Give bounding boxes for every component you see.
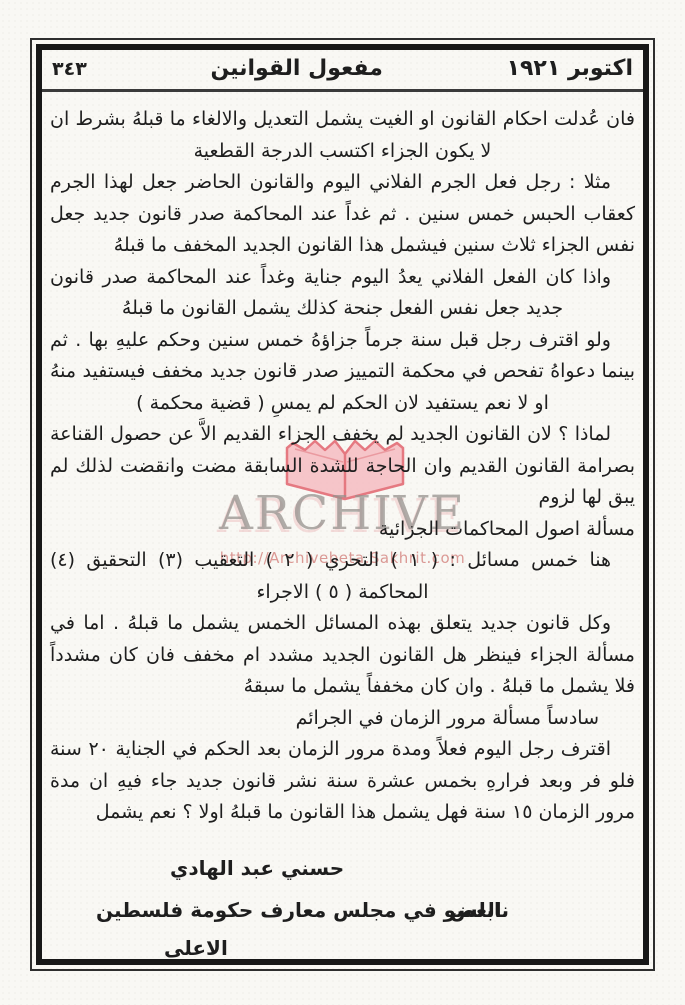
page-title: مفعول القوانين <box>87 56 507 81</box>
paragraph: اقترف رجل اليوم فعلاً ومدة مرور الزمان ب… <box>50 734 635 829</box>
section-heading: مسألة اصول المحاكمات الجزائية <box>50 514 635 546</box>
page-frame: ARCHIVE http://Archivebeta.Sakhrit.com ا… <box>36 44 649 965</box>
paragraph: هنا خمس مسائل : ( ١ ) التحري ( ٢ ) التعق… <box>50 545 635 608</box>
paragraph: ولو اقترف رجل قبل سنة جرماً جزاؤهُ خمس س… <box>50 325 635 420</box>
paragraph: واذا كان الفعل الفلاني يعدُ اليوم جناية … <box>50 262 635 325</box>
paragraph: وكل قانون جديد يتعلق بهذه المسائل الخمس … <box>50 608 635 703</box>
page-header: اكتوبر ١٩٢١ مفعول القوانين ٣٤٣ <box>42 50 643 92</box>
paragraph: لماذا ؟ لان القانون الجديد لم يخفف الجزا… <box>50 419 635 514</box>
author-name: حسني عبد الهادي <box>170 856 344 880</box>
signature-block: حسني عبد الهادي نابلس العضو في مجلس معار… <box>48 856 637 956</box>
section-heading: سادساً مسألة مرور الزمان في الجرائم <box>50 703 635 735</box>
paragraph: فان عُدلت احكام القانون او الغيت يشمل ال… <box>50 104 635 167</box>
scanned-document-page: { "doc": { "header": { "date": "اكتوبر ١… <box>0 0 685 1005</box>
body-text: فان عُدلت احكام القانون او الغيت يشمل ال… <box>42 92 643 846</box>
author-role-2: الاعلى <box>164 936 228 960</box>
page-number: ٣٤٣ <box>52 58 87 80</box>
issue-date: اكتوبر ١٩٢١ <box>507 56 633 81</box>
paragraph: مثلا : رجل فعل الجرم الفلاني اليوم والقا… <box>50 167 635 262</box>
author-role: العضو في مجلس معارف حكومة فلسطين <box>96 898 502 922</box>
